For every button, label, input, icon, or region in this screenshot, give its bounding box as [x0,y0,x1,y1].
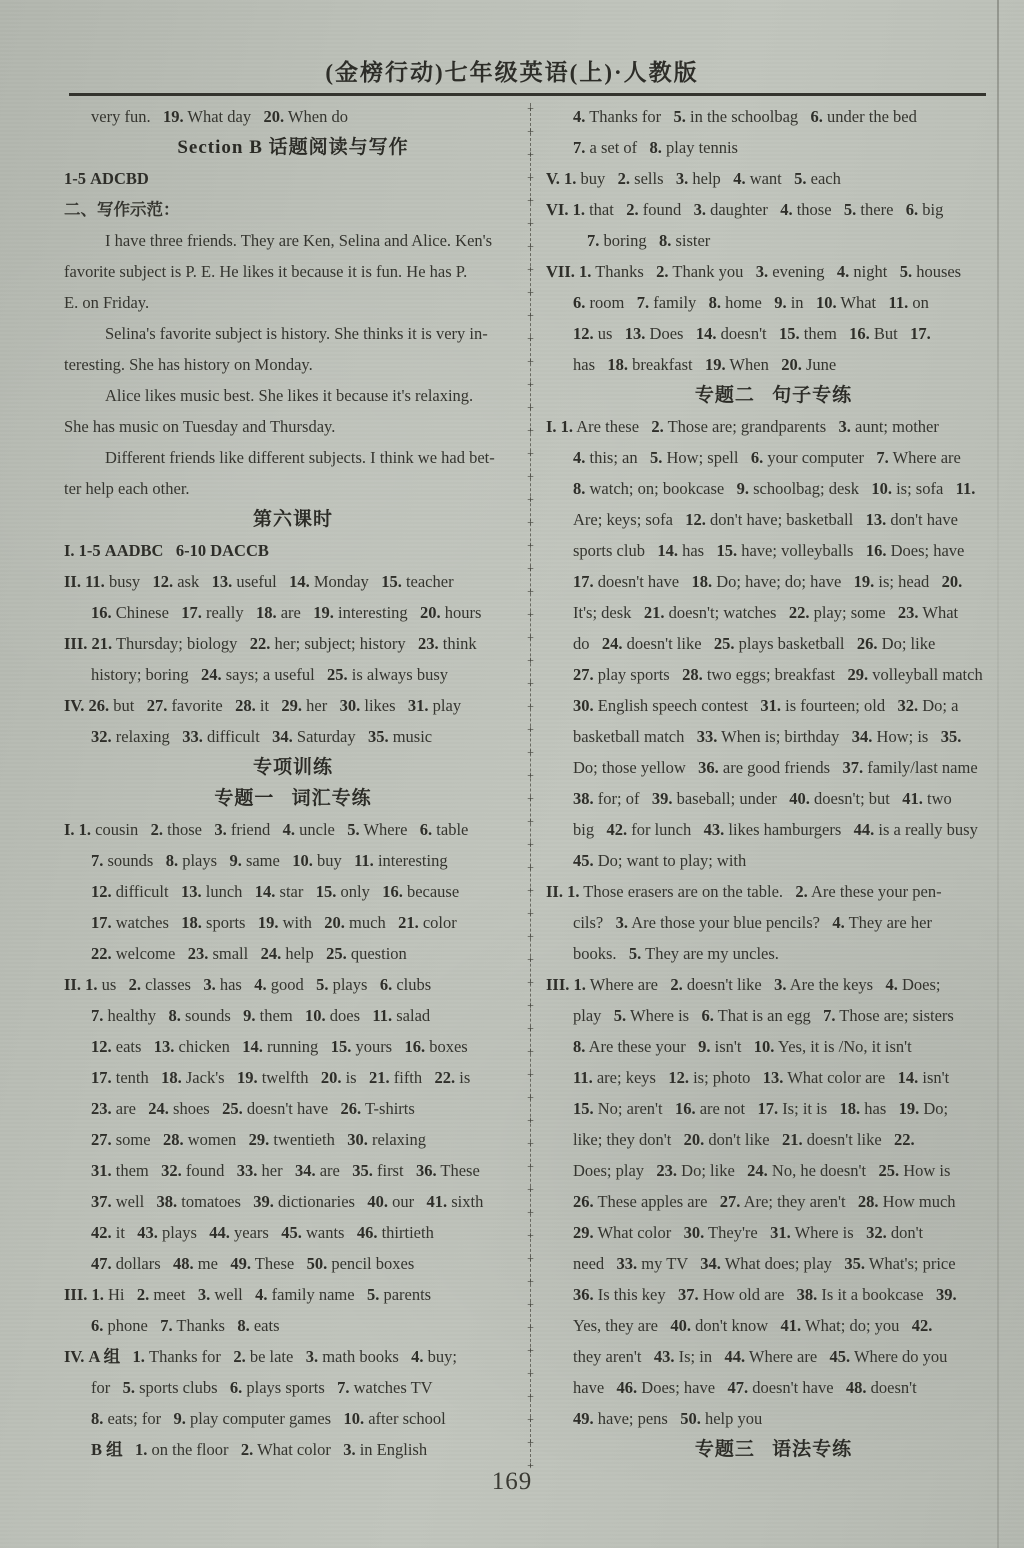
answer-line: 29. What color 30. They're 31. Where is … [546,1217,1001,1248]
answer-line: 31. them 32. found 33. her 34. are 35. f… [64,1155,522,1186]
divider-plus-mark: + [526,1253,535,1263]
answer-line: B 组 1. on the floor 2. What color 3. in … [64,1434,522,1465]
section-heading: 专题三 语法专练 [546,1434,1001,1465]
page-number: 169 [0,1468,1024,1496]
answer-line: 38. for; of 39. baseball; under 40. does… [546,783,1001,814]
answer-line: for 5. sports clubs 6. plays sports 7. w… [64,1372,522,1403]
divider-plus-mark: + [526,1207,535,1217]
divider-plus-mark: + [526,839,535,849]
answer-line: 17. doesn't have 18. Do; have; do; have … [546,566,1001,597]
section-heading: 专题一 词汇专练 [64,783,522,814]
answer-line: Do; those yellow 36. are good friends 37… [546,752,1001,783]
answer-line: II. 1. Those erasers are on the table. 2… [546,876,1001,907]
answer-line: 37. well 38. tomatoes 39. dictionaries 4… [64,1186,522,1217]
answer-line: I. 1. Are these 2. Those are; grandparen… [546,411,1001,442]
divider-plus-mark: + [526,609,535,619]
answer-line: I. 1-5 AADBC 6-10 DACCB [64,535,522,566]
divider-plus-mark: + [526,287,535,297]
answer-line: 8. Are these your 9. isn't 10. Yes, it i… [546,1031,1001,1062]
answer-line: 45. Do; want to play; with [546,845,1001,876]
answer-line: 4. this; an 5. How; spell 6. your comput… [546,442,1001,473]
divider-plus-mark: + [526,379,535,389]
divider-plus-mark: + [526,1414,535,1424]
answer-line: 7. a set of 8. play tennis [546,132,1001,163]
divider-plus-mark: + [526,241,535,251]
divider-plus-mark: + [526,954,535,964]
section-heading: 第六课时 [64,504,522,535]
answer-line: very fun. 19. What day 20. When do [64,101,522,132]
answer-line: III. 21. Thursday; biology 22. her; subj… [64,628,522,659]
answer-line: teresting. She has history on Monday. [64,349,522,380]
divider-plus-mark: + [526,908,535,918]
answer-line: VII. 1. Thanks 2. Thank you 3. evening 4… [546,256,1001,287]
right-column: 4. Thanks for 5. in the schoolbag 6. und… [546,101,1001,1465]
divider-plus-mark: + [526,885,535,895]
answer-line: basketball match 33. When is; birthday 3… [546,721,1001,752]
divider-plus-mark: + [526,816,535,826]
answer-line: need 33. my TV 34. What does; play 35. W… [546,1248,1001,1279]
divider-plus-mark: + [526,172,535,182]
divider-plus-mark: + [526,425,535,435]
answer-line: 15. No; aren't 16. are not 17. Is; it is… [546,1093,1001,1124]
answer-line: E. on Friday. [64,287,522,318]
divider-plus-mark: + [526,310,535,320]
divider-plus-mark: + [526,563,535,573]
answer-line: III. 1. Where are 2. doesn't like 3. Are… [546,969,1001,1000]
answer-line: II. 1. us 2. classes 3. has 4. good 5. p… [64,969,522,1000]
divider-plus-mark: + [526,448,535,458]
divider-plus-mark: + [526,1138,535,1148]
answer-line: 11. are; keys 12. is; photo 13. What col… [546,1062,1001,1093]
divider-plus-mark: + [526,402,535,412]
answer-line: 7. sounds 8. plays 9. same 10. buy 11. i… [64,845,522,876]
divider-plus-mark: + [526,517,535,527]
answer-line: Selina's favorite subject is history. Sh… [64,318,522,349]
answer-line: books. 5. They are my uncles. [546,938,1001,969]
answer-line: I. 1. cousin 2. those 3. friend 4. uncle… [64,814,522,845]
answer-line: II. 11. busy 12. ask 13. useful 14. Mond… [64,566,522,597]
answer-line: like; they don't 20. don't like 21. does… [546,1124,1001,1155]
answer-line: 36. Is this key 37. How old are 38. Is i… [546,1279,1001,1310]
answer-line: IV. A 组 1. Thanks for 2. be late 3. math… [64,1341,522,1372]
header-rule [69,93,986,96]
answer-line: play 5. Where is 6. That is an egg 7. Th… [546,1000,1001,1031]
answer-line: history; boring 24. says; a useful 25. i… [64,659,522,690]
divider-plus-mark: + [526,862,535,872]
divider-plus-mark: + [526,471,535,481]
answer-line: 6. phone 7. Thanks 8. eats [64,1310,522,1341]
answer-line: 1-5 ADCBD [64,163,522,194]
divider-plus-mark: + [526,103,535,113]
answer-line: sports club 14. has 15. have; volleyball… [546,535,1001,566]
answer-line: I have three friends. They are Ken, Seli… [64,225,522,256]
answer-line: 27. play sports 28. two eggs; breakfast … [546,659,1001,690]
answer-line: She has music on Tuesday and Thursday. [64,411,522,442]
divider-plus-mark: + [526,494,535,504]
divider-plus-mark: + [526,540,535,550]
divider-plus-mark: + [526,149,535,159]
divider-plus-mark: + [526,1437,535,1447]
divider-plus-mark: + [526,1299,535,1309]
divider-plus-mark: + [526,586,535,596]
answer-line: 12. us 13. Does 14. doesn't 15. them 16.… [546,318,1001,349]
section-heading: Section B 话题阅读与写作 [64,132,522,163]
left-column: very fun. 19. What day 20. When doSectio… [64,101,522,1465]
divider-plus-mark: + [526,1046,535,1056]
divider-plus-mark: + [526,126,535,136]
answer-line: 7. healthy 8. sounds 9. them 10. does 11… [64,1000,522,1031]
answer-line: III. 1. Hi 2. meet 3. well 4. family nam… [64,1279,522,1310]
answer-line: 23. are 24. shoes 25. doesn't have 26. T… [64,1093,522,1124]
answer-line: 32. relaxing 33. difficult 34. Saturday … [64,721,522,752]
divider-plus-mark: + [526,1276,535,1286]
answer-line: 6. room 7. family 8. home 9. in 10. What… [546,287,1001,318]
divider-plus-mark: + [526,1115,535,1125]
divider-plus-mark: + [526,724,535,734]
divider-plus-mark: + [526,701,535,711]
answer-line: 27. some 28. women 29. twentieth 30. rel… [64,1124,522,1155]
answer-line: 47. dollars 48. me 49. These 50. pencil … [64,1248,522,1279]
answer-line: ter help each other. [64,473,522,504]
answer-line: 16. Chinese 17. really 18. are 19. inter… [64,597,522,628]
answer-line: 7. boring 8. sister [546,225,1001,256]
divider-plus-mark: + [526,1230,535,1240]
answer-line: 8. watch; on; bookcase 9. schoolbag; des… [546,473,1001,504]
section-heading: 专题二 句子专练 [546,380,1001,411]
divider-plus-mark: + [526,632,535,642]
divider-plus-mark: + [526,1069,535,1079]
answer-line: Alice likes music best. She likes it bec… [64,380,522,411]
divider-plus-mark: + [526,264,535,274]
divider-plus-mark: + [526,977,535,987]
divider-plus-mark: + [526,333,535,343]
divider-plus-mark: + [526,1391,535,1401]
divider-plus-mark: + [526,770,535,780]
book-title: (金榜行动)七年级英语(上)·人教版 [0,54,1024,87]
section-heading: 专项训练 [64,752,522,783]
divider-plus-mark: + [526,1000,535,1010]
divider-plus-mark: + [526,678,535,688]
divider-plus-mark: + [526,747,535,757]
answer-line: 4. Thanks for 5. in the schoolbag 6. und… [546,101,1001,132]
divider-plus-mark: + [526,1322,535,1332]
divider-plus-mark: + [526,655,535,665]
answer-line: do 24. doesn't like 25. plays basketball… [546,628,1001,659]
answer-line: cils? 3. Are those your blue pencils? 4.… [546,907,1001,938]
answer-line: 12. eats 13. chicken 14. running 15. you… [64,1031,522,1062]
answer-line: 12. difficult 13. lunch 14. star 15. onl… [64,876,522,907]
divider-plus-mark: + [526,1184,535,1194]
divider-plus-mark: + [526,1092,535,1102]
answer-line: 42. it 43. plays 44. years 45. wants 46.… [64,1217,522,1248]
answer-line: big 42. for lunch 43. likes hamburgers 4… [546,814,1001,845]
answer-line: have 46. Does; have 47. doesn't have 48.… [546,1372,1001,1403]
column-divider: ++++++++++++++++++++++++++++++++++++++++… [526,103,535,1467]
answer-line: Are; keys; sofa 12. don't have; basketba… [546,504,1001,535]
answer-line: has 18. breakfast 19. When 20. June [546,349,1001,380]
answer-line: Yes, they are 40. don't know 41. What; d… [546,1310,1001,1341]
answer-line: 30. English speech contest 31. is fourte… [546,690,1001,721]
divider-plus-mark: + [526,195,535,205]
answer-line: 17. watches 18. sports 19. with 20. much… [64,907,522,938]
answer-line: V. 1. buy 2. sells 3. help 4. want 5. ea… [546,163,1001,194]
answer-line: 8. eats; for 9. play computer games 10. … [64,1403,522,1434]
divider-plus-mark: + [526,1023,535,1033]
answer-line: Does; play 23. Do; like 24. No, he doesn… [546,1155,1001,1186]
divider-plus-mark: + [526,1161,535,1171]
divider-plus-mark: + [526,1345,535,1355]
answer-line: they aren't 43. Is; in 44. Where are 45.… [546,1341,1001,1372]
answer-line: It's; desk 21. doesn't; watches 22. play… [546,597,1001,628]
divider-plus-mark: + [526,931,535,941]
answer-line: 22. welcome 23. small 24. help 25. quest… [64,938,522,969]
divider-plus-mark: + [526,1368,535,1378]
answer-line: 二、写作示范： [64,194,522,225]
answer-line: VI. 1. that 2. found 3. daughter 4. thos… [546,194,1001,225]
answer-key-page: (金榜行动)七年级英语(上)·人教版 very fun. 19. What da… [0,0,1024,1548]
answer-line: 49. have; pens 50. help you [546,1403,1001,1434]
answer-line: Different friends like different subject… [64,442,522,473]
answer-line: 17. tenth 18. Jack's 19. twelfth 20. is … [64,1062,522,1093]
answer-line: favorite subject is P. E. He likes it be… [64,256,522,287]
divider-plus-mark: + [526,218,535,228]
answer-line: IV. 26. but 27. favorite 28. it 29. her … [64,690,522,721]
divider-plus-mark: + [526,356,535,366]
answer-line: 26. These apples are 27. Are; they aren'… [546,1186,1001,1217]
divider-plus-mark: + [526,793,535,803]
